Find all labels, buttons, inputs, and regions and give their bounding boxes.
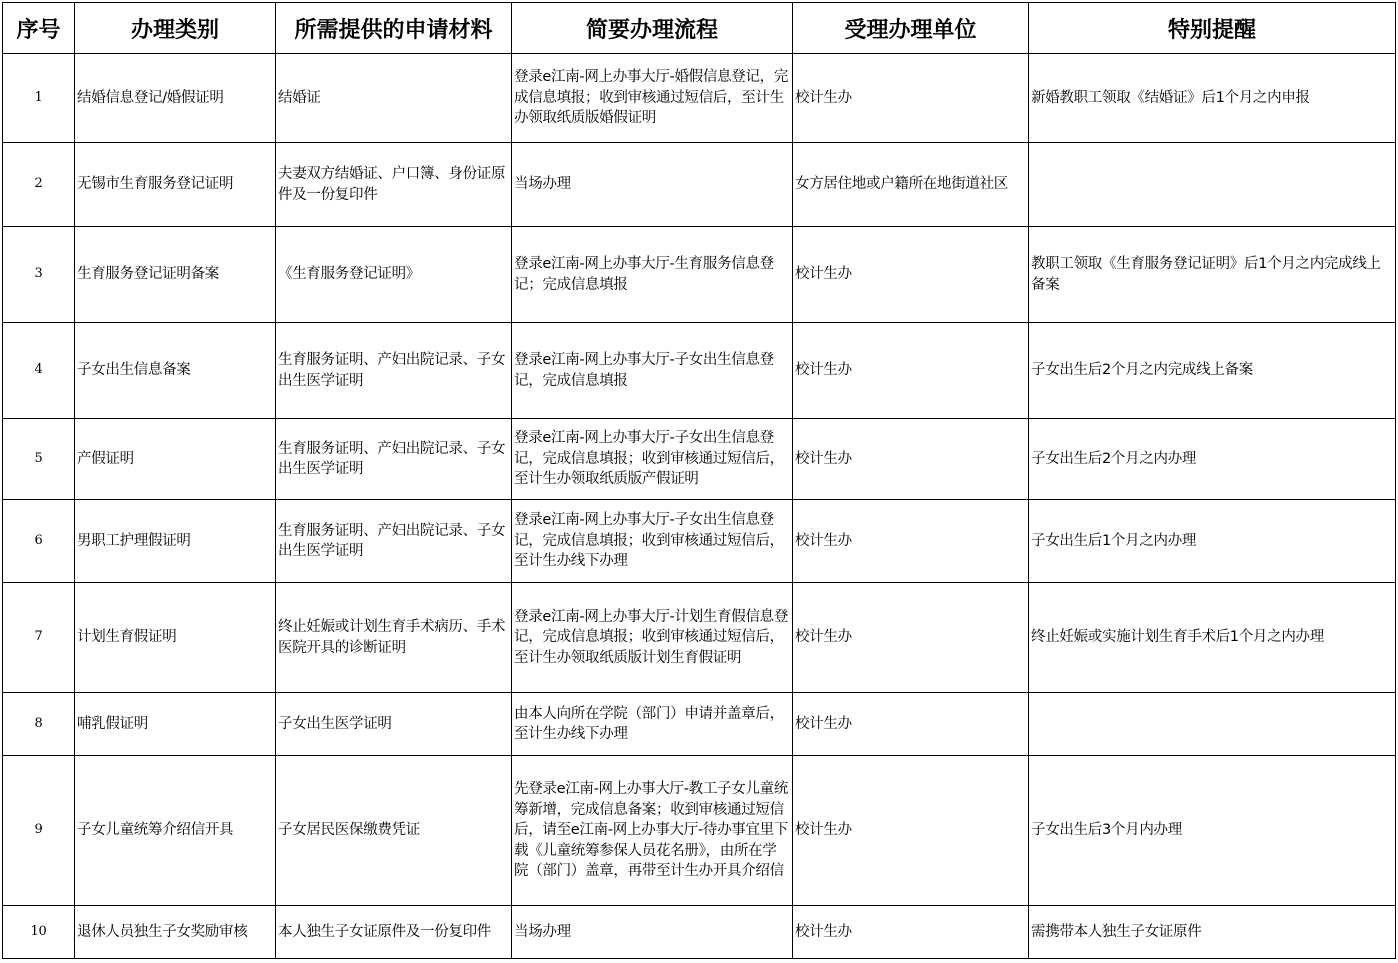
cell-materials: 子女居民医保缴费凭证 — [276, 756, 512, 906]
cell-materials: 夫妻双方结婚证、户口簿、身份证原件及一份复印件 — [276, 143, 512, 227]
header-materials: 所需提供的申请材料 — [276, 3, 512, 54]
table-row: 5 产假证明 生育服务证明、产妇出院记录、子女出生医学证明 登录e江南-网上办事… — [3, 419, 1396, 500]
cell-no: 7 — [3, 583, 75, 693]
cell-materials: 生育服务证明、产妇出院记录、子女出生医学证明 — [276, 500, 512, 583]
table-row: 4 子女出生信息备案 生育服务证明、产妇出院记录、子女出生医学证明 登录e江南-… — [3, 323, 1396, 419]
cell-category: 子女出生信息备案 — [75, 323, 276, 419]
cell-unit: 校计生办 — [793, 756, 1029, 906]
cell-reminder: 新婚教职工领取《结婚证》后1个月之内申报 — [1029, 54, 1396, 143]
header-process: 简要办理流程 — [512, 3, 793, 54]
cell-no: 5 — [3, 419, 75, 500]
cell-process: 登录e江南-网上办事大厅-计划生育假信息登记，完成信息填报；收到审核通过短信后，… — [512, 583, 793, 693]
cell-reminder: 子女出生后1个月之内办理 — [1029, 500, 1396, 583]
cell-reminder: 子女出生后2个月之内办理 — [1029, 419, 1396, 500]
header-unit: 受理办理单位 — [793, 3, 1029, 54]
cell-category: 退休人员独生子女奖励审核 — [75, 906, 276, 959]
header-category: 办理类别 — [75, 3, 276, 54]
cell-process: 登录e江南-网上办事大厅-生育服务信息登记；完成信息填报 — [512, 227, 793, 323]
cell-unit: 校计生办 — [793, 227, 1029, 323]
cell-category: 子女儿童统筹介绍信开具 — [75, 756, 276, 906]
cell-reminder: 终止妊娠或实施计划生育手术后1个月之内办理 — [1029, 583, 1396, 693]
cell-materials: 《生育服务登记证明》 — [276, 227, 512, 323]
cell-reminder — [1029, 143, 1396, 227]
cell-materials: 子女出生医学证明 — [276, 693, 512, 756]
table-row: 3 生育服务登记证明备案 《生育服务登记证明》 登录e江南-网上办事大厅-生育服… — [3, 227, 1396, 323]
cell-no: 3 — [3, 227, 75, 323]
cell-process: 当场办理 — [512, 906, 793, 959]
cell-no: 10 — [3, 906, 75, 959]
table-row: 8 哺乳假证明 子女出生医学证明 由本人向所在学院（部门）申请并盖章后，至计生办… — [3, 693, 1396, 756]
cell-no: 4 — [3, 323, 75, 419]
header-row: 序号 办理类别 所需提供的申请材料 简要办理流程 受理办理单位 特别提醒 — [3, 3, 1396, 54]
cell-unit: 校计生办 — [793, 693, 1029, 756]
cell-reminder: 教职工领取《生育服务登记证明》后1个月之内完成线上备案 — [1029, 227, 1396, 323]
cell-category: 生育服务登记证明备案 — [75, 227, 276, 323]
table-row: 10 退休人员独生子女奖励审核 本人独生子女证原件及一份复印件 当场办理 校计生… — [3, 906, 1396, 959]
cell-materials: 生育服务证明、产妇出院记录、子女出生医学证明 — [276, 323, 512, 419]
cell-reminder — [1029, 693, 1396, 756]
cell-reminder: 子女出生后3个月内办理 — [1029, 756, 1396, 906]
cell-materials: 本人独生子女证原件及一份复印件 — [276, 906, 512, 959]
cell-no: 9 — [3, 756, 75, 906]
cell-reminder: 子女出生后2个月之内完成线上备案 — [1029, 323, 1396, 419]
cell-process: 由本人向所在学院（部门）申请并盖章后，至计生办线下办理 — [512, 693, 793, 756]
procedures-table: 序号 办理类别 所需提供的申请材料 简要办理流程 受理办理单位 特别提醒 1 结… — [2, 2, 1396, 959]
cell-reminder: 需携带本人独生子女证原件 — [1029, 906, 1396, 959]
cell-unit: 校计生办 — [793, 323, 1029, 419]
table-row: 6 男职工护理假证明 生育服务证明、产妇出院记录、子女出生医学证明 登录e江南-… — [3, 500, 1396, 583]
table-row: 2 无锡市生育服务登记证明 夫妻双方结婚证、户口簿、身份证原件及一份复印件 当场… — [3, 143, 1396, 227]
cell-process: 先登录e江南-网上办事大厅-教工子女儿童统筹新增，完成信息备案；收到审核通过短信… — [512, 756, 793, 906]
cell-category: 无锡市生育服务登记证明 — [75, 143, 276, 227]
table-row: 9 子女儿童统筹介绍信开具 子女居民医保缴费凭证 先登录e江南-网上办事大厅-教… — [3, 756, 1396, 906]
table-row: 7 计划生育假证明 终止妊娠或计划生育手术病历、手术医院开具的诊断证明 登录e江… — [3, 583, 1396, 693]
header-reminder: 特别提醒 — [1029, 3, 1396, 54]
cell-category: 计划生育假证明 — [75, 583, 276, 693]
cell-process: 登录e江南-网上办事大厅-婚假信息登记，完成信息填报；收到审核通过短信后，至计生… — [512, 54, 793, 143]
cell-unit: 女方居住地或户籍所在地街道社区 — [793, 143, 1029, 227]
cell-no: 2 — [3, 143, 75, 227]
cell-category: 男职工护理假证明 — [75, 500, 276, 583]
cell-unit: 校计生办 — [793, 500, 1029, 583]
table-row: 1 结婚信息登记/婚假证明 结婚证 登录e江南-网上办事大厅-婚假信息登记，完成… — [3, 54, 1396, 143]
cell-no: 6 — [3, 500, 75, 583]
cell-no: 1 — [3, 54, 75, 143]
cell-category: 结婚信息登记/婚假证明 — [75, 54, 276, 143]
cell-category: 产假证明 — [75, 419, 276, 500]
cell-category: 哺乳假证明 — [75, 693, 276, 756]
cell-unit: 校计生办 — [793, 906, 1029, 959]
header-no: 序号 — [3, 3, 75, 54]
cell-process: 登录e江南-网上办事大厅-子女出生信息登记，完成信息填报；收到审核通过短信后，至… — [512, 419, 793, 500]
cell-materials: 结婚证 — [276, 54, 512, 143]
cell-unit: 校计生办 — [793, 419, 1029, 500]
cell-materials: 终止妊娠或计划生育手术病历、手术医院开具的诊断证明 — [276, 583, 512, 693]
cell-process: 登录e江南-网上办事大厅-子女出生信息登记，完成信息填报；收到审核通过短信后，至… — [512, 500, 793, 583]
cell-no: 8 — [3, 693, 75, 756]
cell-process: 当场办理 — [512, 143, 793, 227]
cell-unit: 校计生办 — [793, 583, 1029, 693]
cell-process: 登录e江南-网上办事大厅-子女出生信息登记，完成信息填报 — [512, 323, 793, 419]
cell-materials: 生育服务证明、产妇出院记录、子女出生医学证明 — [276, 419, 512, 500]
cell-unit: 校计生办 — [793, 54, 1029, 143]
